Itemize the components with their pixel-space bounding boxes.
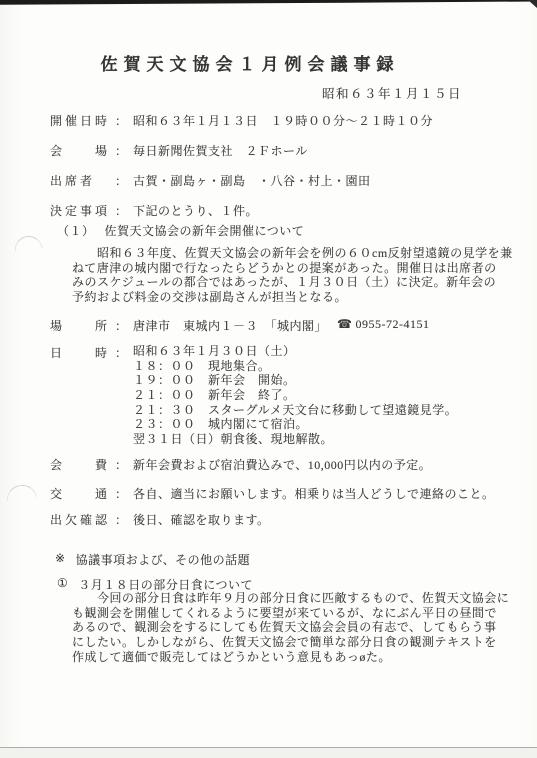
paragraph-line: 昭和６３年度、佐賀天文協会の新年会を例の６０cm反射望遠鏡の見学を兼 <box>72 246 474 261</box>
meta-row-venue: 会 場 ： 毎日新聞佐賀支社 ２Ｆホール <box>50 142 308 159</box>
meta-value: 下記のとうり、１件。 <box>133 202 258 219</box>
paragraph-line: 今回の部分日食は昨年９月の部分日食に匹敵するもので、佐賀天文協会に <box>72 591 474 606</box>
meta-row-decisions: 決定事項 ： 下記のとうり、１件。 <box>50 202 258 219</box>
fee-value: 新年会費および宿泊費込みで、10,000円以内の予定。 <box>133 456 431 473</box>
schedule-line: 昭和６３年１月３０日（土） <box>133 344 457 359</box>
colon-separator: ： <box>115 317 133 334</box>
decision-number: （１） <box>57 222 95 239</box>
telephone-icon: ☎ <box>337 317 352 332</box>
circled-one-marker: ① <box>57 576 68 593</box>
scan-top-edge-artifact <box>0 0 537 5</box>
other-topics-heading-text: 協議事項および、その他の話題 <box>76 551 251 568</box>
meta-value: 古賀・副島ヶ・副島 ・八谷・村上・園田 <box>133 172 371 189</box>
colon-separator: ： <box>115 202 133 219</box>
paragraph-line: 予約および料金の交渉は副島さんが担当となる。 <box>72 290 474 305</box>
venue-row: 場 所 ： 唐津市 東城内１－３ 「城内閣」 ☎ 0955-72-4151 <box>50 317 429 334</box>
colon-separator: ： <box>115 344 133 361</box>
schedule-row: 日 時 ： <box>50 344 133 361</box>
attendance-label: 出欠確認 <box>50 511 115 528</box>
topic-item-paragraph: 今回の部分日食は昨年９月の部分日食に匹敵するもので、佐賀天文協会に も観測会を開… <box>72 591 474 665</box>
reference-marker: ※ <box>55 551 66 568</box>
decision-heading: （１） 佐賀天文協会の新年会開催について <box>57 222 304 239</box>
colon-separator: ： <box>115 142 133 159</box>
meta-value: 毎日新聞佐賀支社 ２Ｆホール <box>133 142 308 159</box>
meta-label: 決定事項 <box>50 202 115 219</box>
paragraph-line: も観測会を開催してくれるように要望が来ているが、なにぶん平日の昼間で <box>72 606 474 621</box>
attendance-check-row: 出欠確認 ： 後日、確認を取ります。 <box>50 511 270 528</box>
transport-row: 交 通 ： 各自、適当にお願いします。相乗りは当人どうしで連絡のこと。 <box>50 485 495 502</box>
fee-label: 会 費 <box>50 456 115 473</box>
meta-value: 昭和６３年１月１３日 １９時００分～２１時１０分 <box>133 112 433 129</box>
other-topics-heading: ※ 協議事項および、その他の話題 <box>55 551 250 568</box>
colon-separator: ： <box>115 172 133 189</box>
meta-label: 開催日時 <box>50 112 115 129</box>
venue-phone-number: 0955-72-4151 <box>355 317 429 332</box>
paragraph-line: にしたい。しかしながら、佐賀天文協会で簡単な部分日食の観測テキストを <box>72 635 474 650</box>
colon-separator: ： <box>115 485 133 502</box>
document-title: 佐賀天文協会１月例会議事録 <box>0 50 500 75</box>
schedule-line: ２１：００ 新年会 終了。 <box>133 388 457 403</box>
meta-row-datetime: 開催日時 ： 昭和６３年１月１３日 １９時００分～２１時１０分 <box>50 112 433 129</box>
colon-separator: ： <box>115 511 133 528</box>
schedule-label: 日 時 <box>50 344 115 361</box>
colon-separator: ： <box>115 112 133 129</box>
paragraph-line: 作成して適価で販売してはどうかという意見もあっøた。 <box>72 650 474 665</box>
meta-label: 出席者 <box>50 172 115 189</box>
fee-row: 会 費 ： 新年会費および宿泊費込みで、10,000円以内の予定。 <box>50 456 431 473</box>
pen-mark-arc <box>5 483 37 501</box>
schedule-line: 翌３１日（日）朝食後、現地解散。 <box>133 432 457 447</box>
transport-label: 交 通 <box>50 485 115 502</box>
meta-row-attendees: 出席者 ： 古賀・副島ヶ・副島 ・八谷・村上・園田 <box>50 172 371 189</box>
paragraph-line: ねて唐津の城内閣で行なったらどうかとの提案があった。開催日は出席者の <box>72 261 474 276</box>
paragraph-line: みのスケジュールの都合ではあったが、１月３０日（土）に決定。新年会の <box>72 275 474 290</box>
schedule-line: １９：００ 新年会 開始。 <box>133 373 457 388</box>
decision-heading-text: 佐賀天文協会の新年会開催について <box>105 222 305 239</box>
document-issued-date: 昭和６３年１月１５日 <box>322 84 462 102</box>
scanned-meeting-minutes-page: 佐賀天文協会１月例会議事録 昭和６３年１月１５日 開催日時 ： 昭和６３年１月１… <box>0 0 537 758</box>
meta-label: 会 場 <box>50 142 115 159</box>
schedule-lines: 昭和６３年１月３０日（土） １８：００ 現地集合。 １９：００ 新年会 開始。 … <box>133 344 457 447</box>
venue-label: 場 所 <box>50 317 115 334</box>
scan-bottom-strip <box>0 748 537 758</box>
transport-value: 各自、適当にお願いします。相乗りは当人どうしで連絡のこと。 <box>133 485 495 502</box>
decision-paragraph: 昭和６３年度、佐賀天文協会の新年会を例の６０cm反射望遠鏡の見学を兼 ねて唐津の… <box>72 246 474 305</box>
attendance-value: 後日、確認を取ります。 <box>133 511 270 528</box>
paragraph-line: あるので、観測会をするにしても佐賀天文協会会員の有志で、してもらう事 <box>72 620 474 635</box>
pen-mark-arc <box>13 235 42 252</box>
schedule-line: ２１：３０ スターグルメ天文台に移動して望遠鏡見学。 <box>133 403 457 418</box>
schedule-line: ２３：００ 城内閣にて宿泊。 <box>133 417 457 432</box>
colon-separator: ： <box>115 456 133 473</box>
schedule-line: １８：００ 現地集合。 <box>133 359 457 374</box>
venue-address: 唐津市 東城内１－３ 「城内閣」 <box>133 317 327 334</box>
